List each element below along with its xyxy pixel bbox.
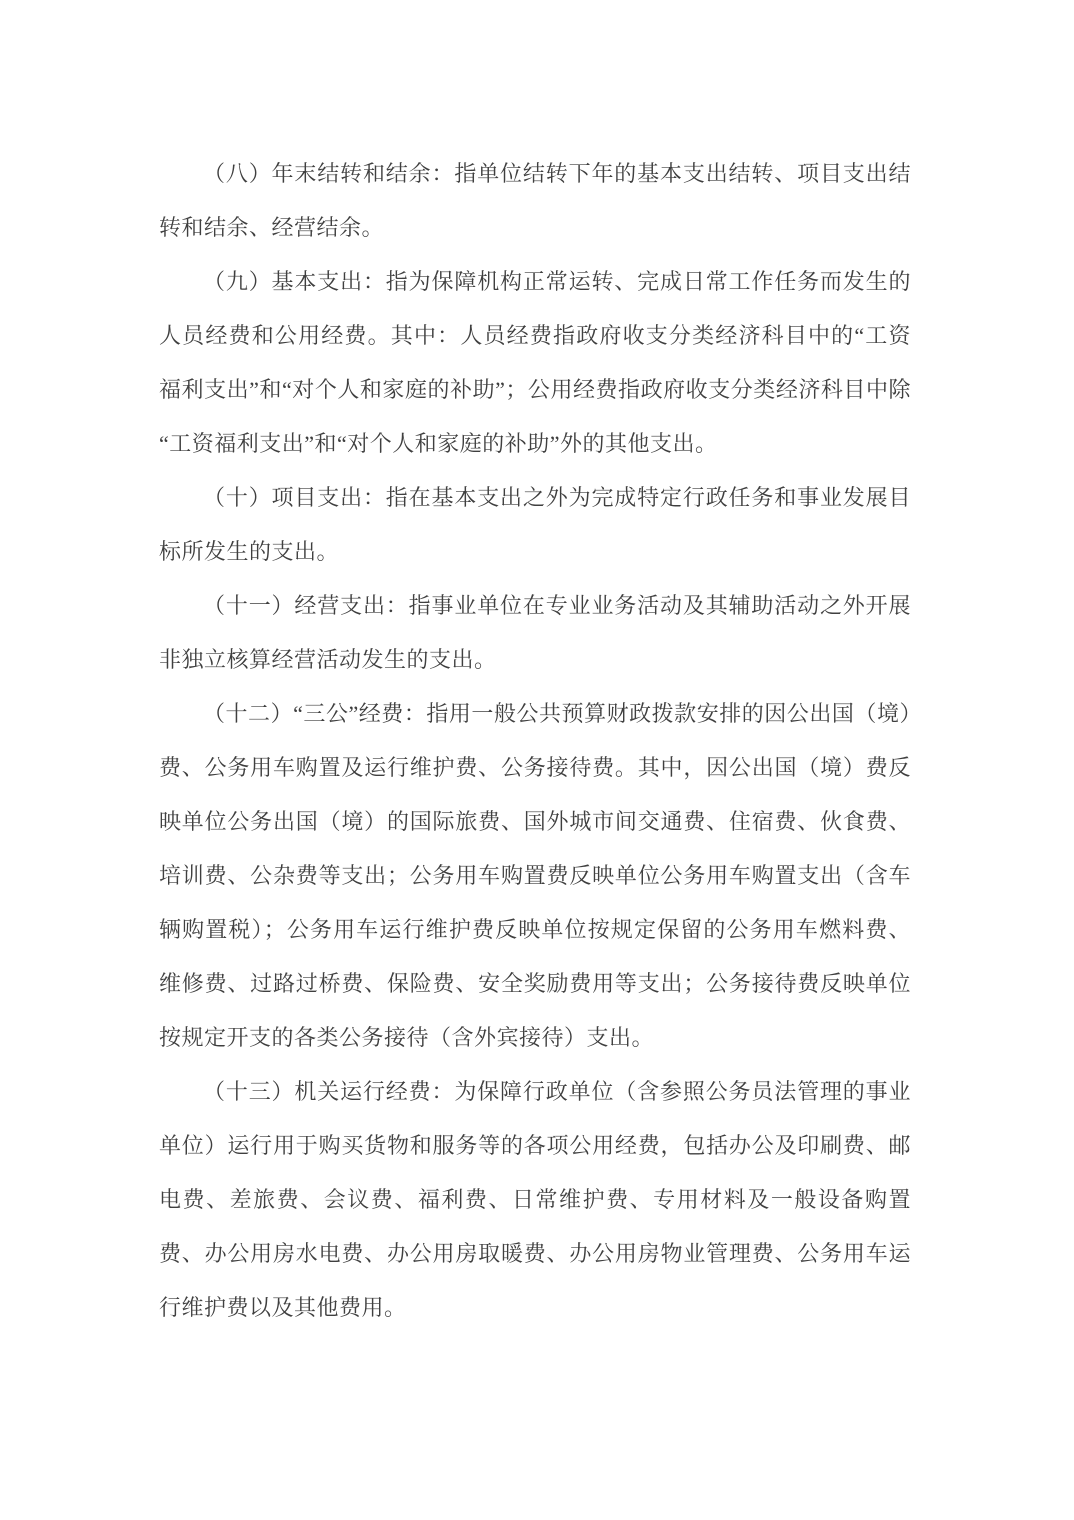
document-body: （八）年末结转和结余：指单位结转下年的基本支出结转、项目支出结转和结余、经营结余… (159, 147, 911, 1335)
paragraph-item-8: （八）年末结转和结余：指单位结转下年的基本支出结转、项目支出结转和结余、经营结余… (159, 147, 911, 255)
paragraph-item-12: （十二）“三公”经费：指用一般公共预算财政拨款安排的因公出国（境）费、公务用车购… (159, 687, 911, 1065)
paragraph-item-13: （十三）机关运行经费：为保障行政单位（含参照公务员法管理的事业单位）运行用于购买… (159, 1065, 911, 1335)
document-page: （八）年末结转和结余：指单位结转下年的基本支出结转、项目支出结转和结余、经营结余… (0, 0, 1074, 1520)
paragraph-item-10: （十）项目支出：指在基本支出之外为完成特定行政任务和事业发展目标所发生的支出。 (159, 471, 911, 579)
paragraph-item-11: （十一）经营支出：指事业单位在专业业务活动及其辅助活动之外开展非独立核算经营活动… (159, 579, 911, 687)
paragraph-item-9: （九）基本支出：指为保障机构正常运转、完成日常工作任务而发生的人员经费和公用经费… (159, 255, 911, 471)
